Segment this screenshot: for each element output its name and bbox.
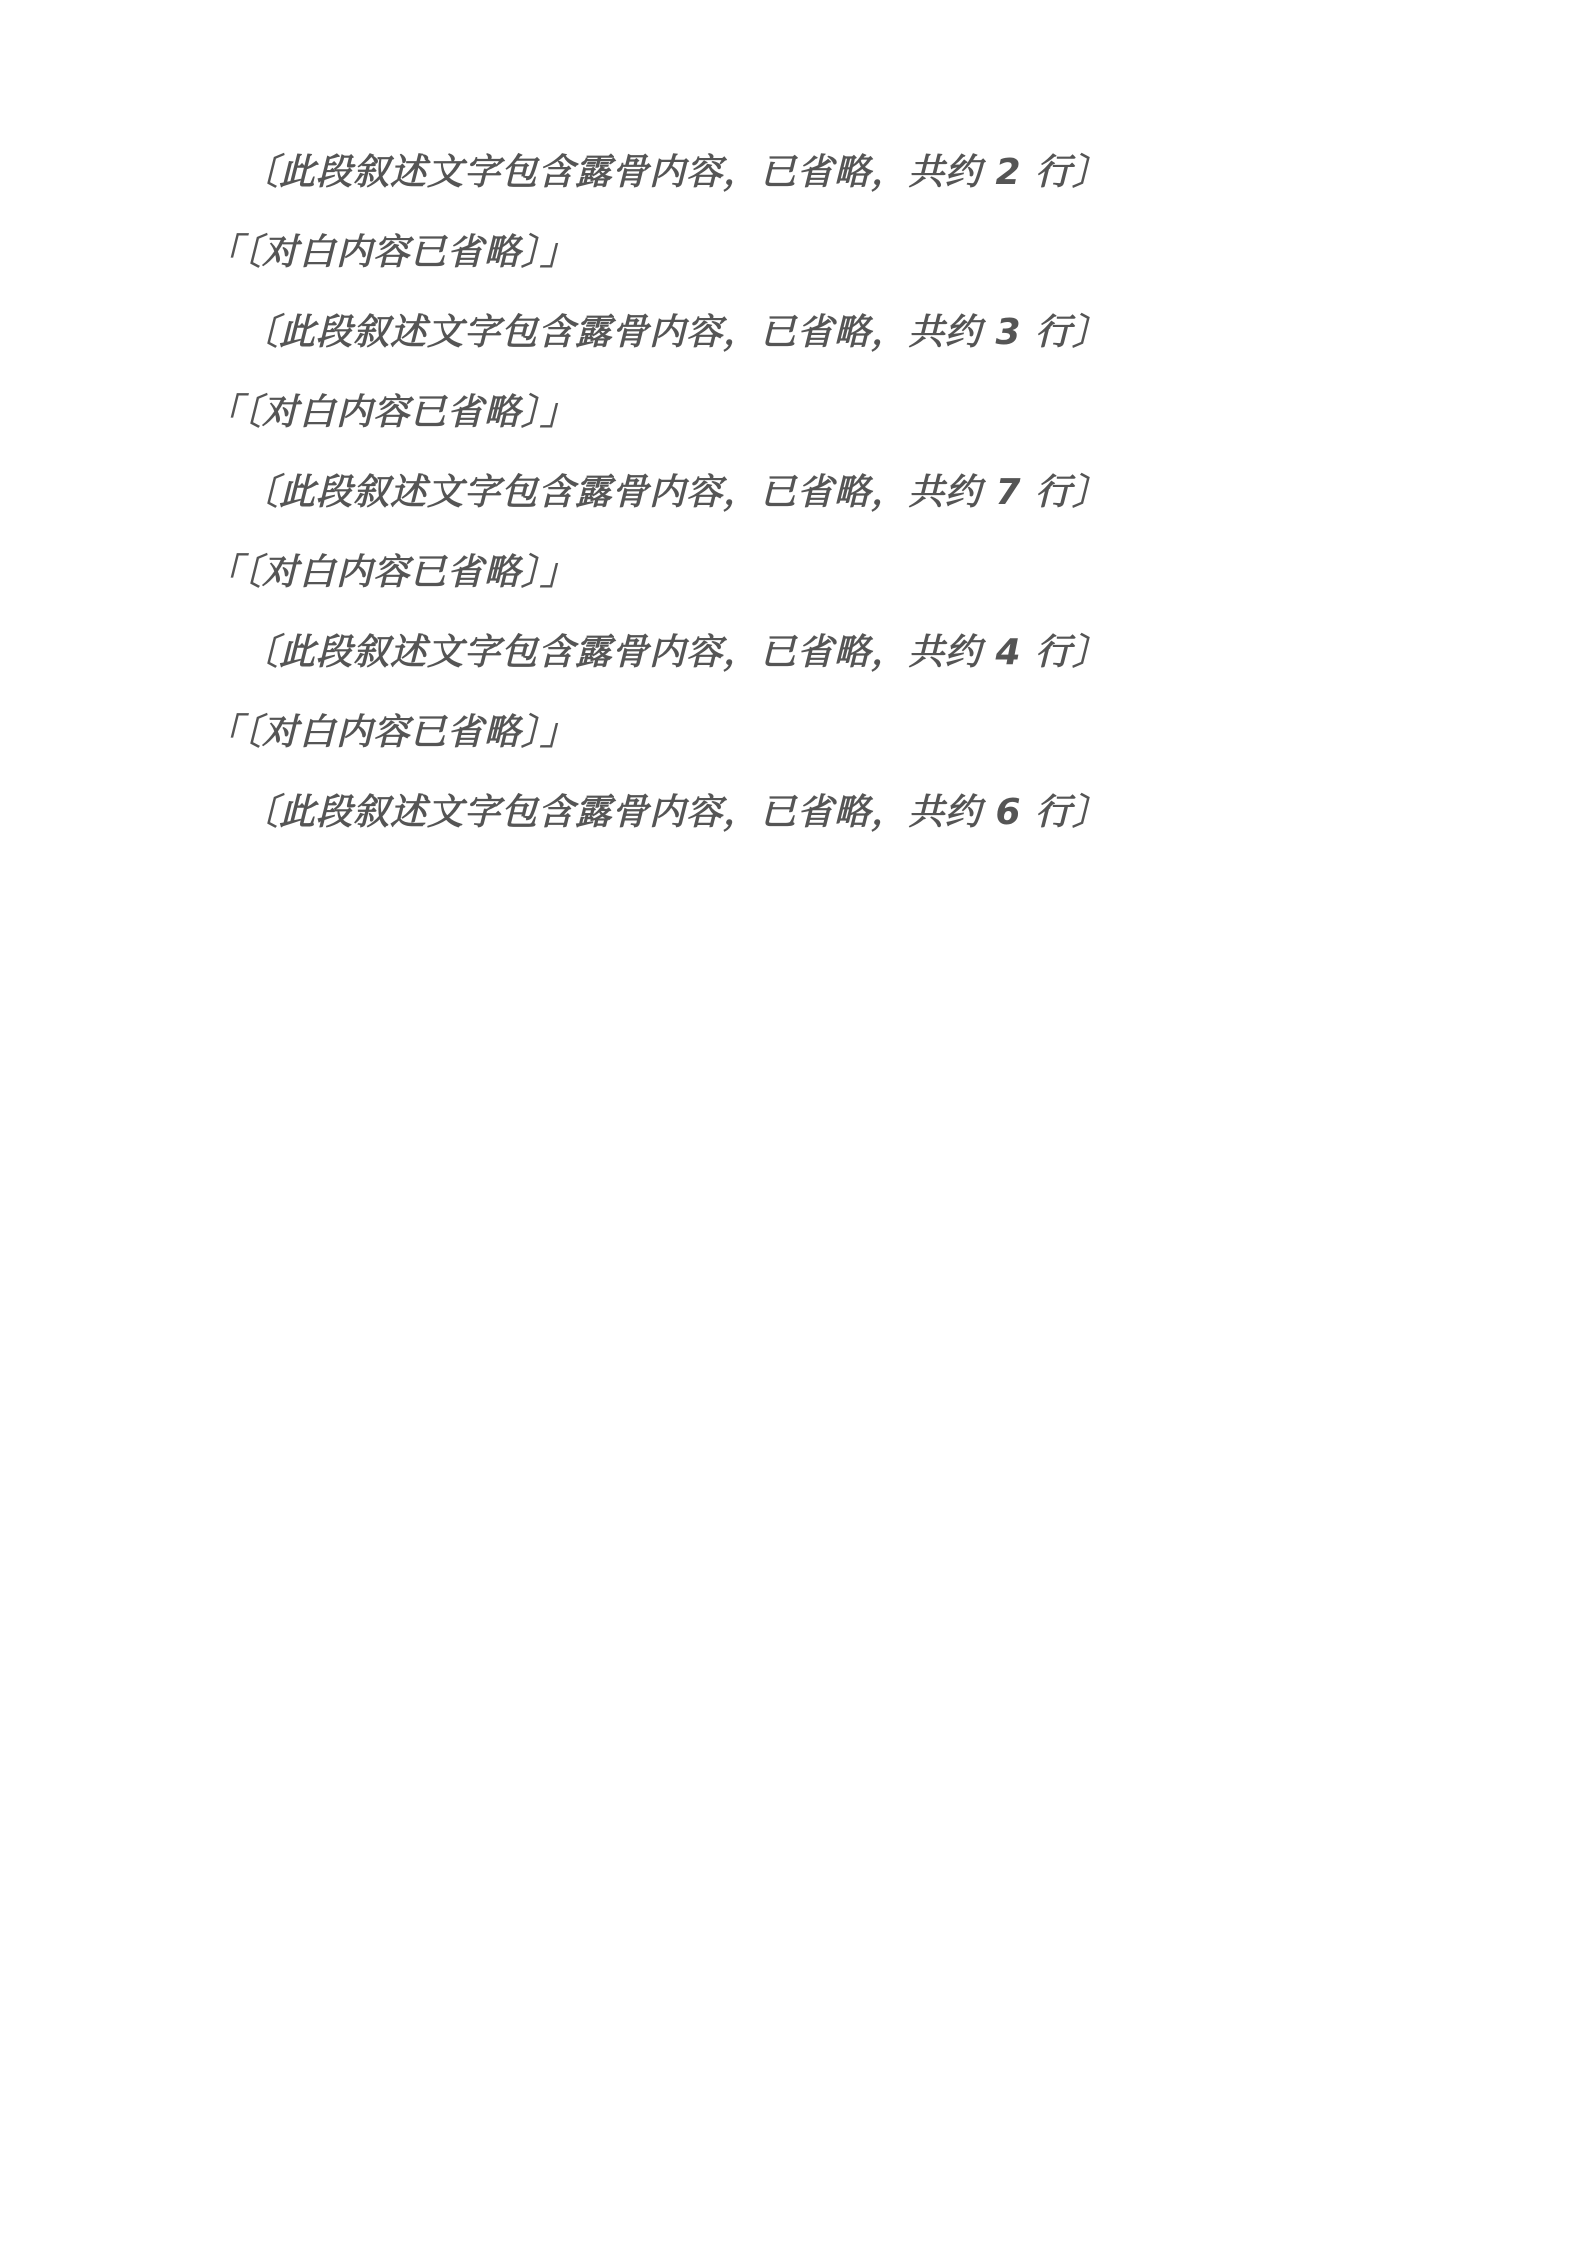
narration-paragraph: 〔此段叙述文字包含露骨内容，已省略，共约 3 行〕	[170, 295, 1135, 371]
narration-paragraph: 〔此段叙述文字包含露骨内容，已省略，共约 6 行〕	[170, 775, 1135, 851]
redacted-text: 〔此段叙述文字包含露骨内容，已省略，共约 6 行〕	[242, 792, 1109, 833]
redacted-text: 〔此段叙述文字包含露骨内容，已省略，共约 7 行〕	[242, 472, 1109, 513]
document-page: 〔此段叙述文字包含露骨内容，已省略，共约 2 行〕「〔对白内容已省略〕」〔此段叙…	[0, 0, 1587, 2245]
redacted-text: 「〔对白内容已省略〕」	[206, 712, 577, 753]
narration-paragraph: 〔此段叙述文字包含露骨内容，已省略，共约 4 行〕	[170, 615, 1135, 691]
redacted-text: 〔此段叙述文字包含露骨内容，已省略，共约 4 行〕	[242, 632, 1109, 673]
dialogue-line: 「〔对白内容已省略〕」	[170, 375, 1135, 451]
dialogue-line: 「〔对白内容已省略〕」	[170, 535, 1135, 611]
narration-paragraph: 〔此段叙述文字包含露骨内容，已省略，共约 7 行〕	[170, 455, 1135, 531]
redacted-text: 「〔对白内容已省略〕」	[206, 392, 577, 433]
narration-paragraph: 〔此段叙述文字包含露骨内容，已省略，共约 2 行〕	[170, 135, 1135, 211]
dialogue-line: 「〔对白内容已省略〕」	[170, 695, 1135, 771]
redacted-text: 「〔对白内容已省略〕」	[206, 232, 577, 273]
text-block: 〔此段叙述文字包含露骨内容，已省略，共约 2 行〕「〔对白内容已省略〕」〔此段叙…	[170, 135, 1135, 855]
dialogue-line: 「〔对白内容已省略〕」	[170, 215, 1135, 291]
redacted-text: 「〔对白内容已省略〕」	[206, 552, 577, 593]
redacted-text: 〔此段叙述文字包含露骨内容，已省略，共约 3 行〕	[242, 312, 1109, 353]
redacted-text: 〔此段叙述文字包含露骨内容，已省略，共约 2 行〕	[242, 152, 1109, 193]
